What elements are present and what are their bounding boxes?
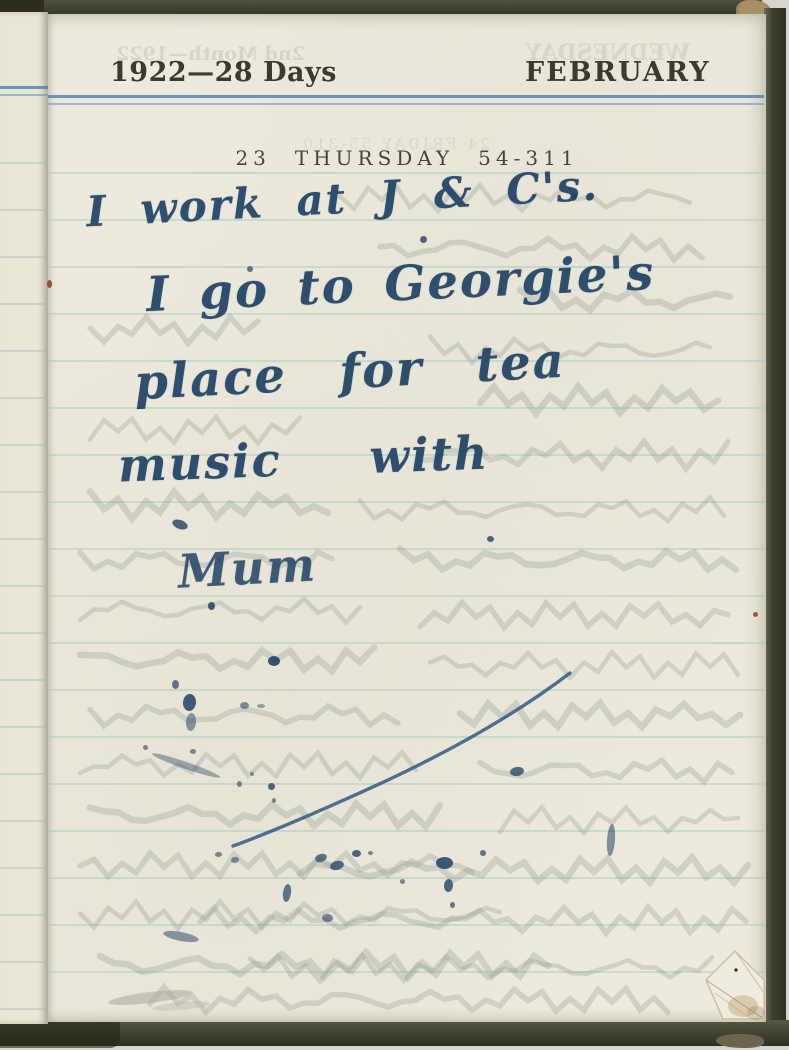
ruled-line (48, 924, 766, 926)
handwriting-line-2: I go to Georgie's (145, 245, 656, 323)
book-cover-frayed-tuft (716, 1034, 764, 1048)
ruled-line-strip (0, 350, 48, 352)
header-year-days: 1922—28 Days (110, 57, 337, 88)
handwriting-line-4: music with (117, 426, 490, 493)
ruled-line-strip (0, 397, 48, 399)
date-weekday: THURSDAY (295, 146, 454, 170)
ruled-line-strip (0, 538, 48, 540)
book-cover-right-edge (764, 8, 786, 1030)
ruled-line-strip (0, 585, 48, 587)
ruled-line-strip (0, 867, 48, 869)
ruled-line-strip (0, 726, 48, 728)
ruled-line (48, 877, 766, 879)
date-line: 23 THURSDAY 54-311 (48, 146, 766, 170)
header-rule-thin (48, 103, 764, 105)
ruled-line (48, 595, 766, 597)
ruled-line (48, 830, 766, 832)
header-month: FEBRUARY (525, 57, 711, 88)
ruled-line-strip (0, 444, 48, 446)
ruled-line (48, 548, 766, 550)
ruled-line-strip (0, 914, 48, 916)
date-day: 23 (235, 146, 270, 170)
ruled-line (48, 783, 766, 785)
ruled-line (48, 689, 766, 691)
ruled-line-strip (0, 209, 48, 211)
ruled-line-strip (0, 961, 48, 963)
handwriting-line-5: Mum (177, 537, 319, 598)
ruled-line-strip (0, 303, 48, 305)
ruled-line-strip (0, 162, 48, 164)
header-rule-strip-thin (0, 94, 48, 96)
ruled-line-strip (0, 491, 48, 493)
ruled-line (48, 971, 766, 973)
ruled-line-strip (0, 820, 48, 822)
previous-page-edge (0, 12, 48, 1024)
ruled-line-strip (0, 773, 48, 775)
diary-page: 2nd Month—1922 WEDNESDAY 24 FRIDAY 55-31… (48, 14, 766, 1022)
ruled-line-strip (0, 679, 48, 681)
diary-scan: 2nd Month—1922 WEDNESDAY 24 FRIDAY 55-31… (0, 0, 789, 1050)
header-rule-strip (0, 86, 48, 89)
handwriting-line-3: place for tea (133, 333, 567, 412)
ruled-line-strip (0, 1008, 48, 1010)
ruled-line-strip (0, 256, 48, 258)
ruled-line (48, 642, 766, 644)
ruled-line (48, 736, 766, 738)
header-rule (48, 95, 764, 98)
ruled-line-strip (0, 632, 48, 634)
dog-ear-corner (703, 948, 767, 1022)
ruled-line (48, 501, 766, 503)
